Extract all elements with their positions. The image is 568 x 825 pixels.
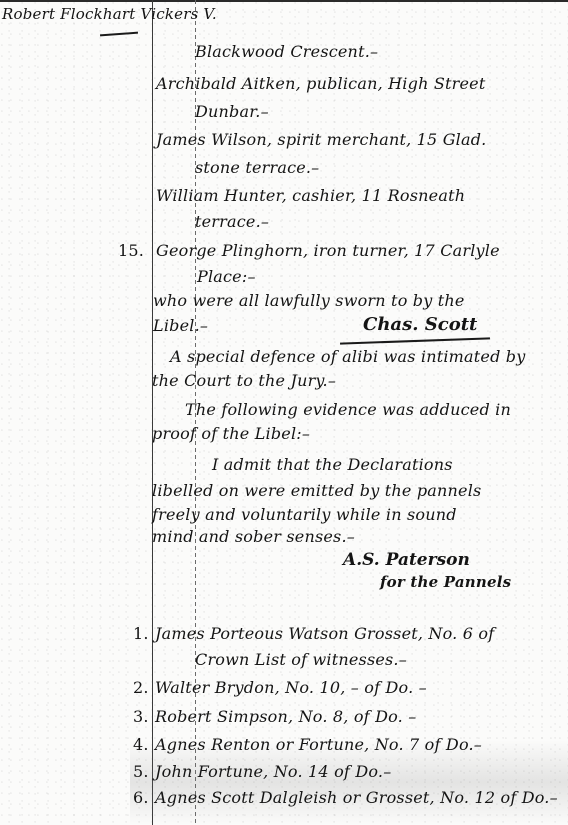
- witness-entry: John Fortune, No. 14 of Do.–: [155, 762, 391, 782]
- text-line: James Wilson, spirit merchant, 15 Glad.: [156, 130, 486, 150]
- witness-number: 2.: [133, 678, 149, 698]
- header-flourish: [100, 32, 138, 37]
- witness-number: 4.: [133, 735, 149, 755]
- text-line: George Plinghorn, iron turner, 17 Carlyl…: [156, 241, 500, 261]
- text-line: freely and voluntarily while in sound: [152, 505, 457, 525]
- witness-number: 1.: [133, 624, 149, 644]
- counsel-signature: A.S. Paterson: [343, 550, 470, 570]
- witness-number: 5.: [133, 762, 149, 782]
- witness-entry-cont: Crown List of witnesses.–: [195, 650, 407, 670]
- text-line: A special defence of alibi was intimated…: [170, 347, 525, 367]
- witness-entry: Robert Simpson, No. 8, of Do. –: [155, 707, 416, 727]
- text-line: stone terrace.–: [195, 158, 319, 178]
- text-line: Place:–: [197, 267, 256, 287]
- text-line: Dunbar.–: [195, 102, 269, 122]
- text-line: Blackwood Crescent.–: [195, 42, 378, 62]
- witness-entry: Walter Brydon, No. 10, – of Do. –: [155, 678, 427, 698]
- text-line: mind and sober senses.–: [152, 527, 355, 547]
- text-line: Archibald Aitken, publican, High Street: [156, 74, 485, 94]
- text-line: the Court to the Jury.–: [152, 371, 336, 391]
- witness-number: 3.: [133, 707, 149, 727]
- judge-signature: Chas. Scott: [363, 314, 477, 335]
- top-border-rule: [0, 0, 568, 2]
- text-line: who were all lawfully sworn to by the: [153, 291, 465, 311]
- text-line: William Hunter, cashier, 11 Rosneath: [156, 186, 465, 206]
- text-line: proof of the Libel:–: [152, 424, 310, 444]
- witness-number: 6.: [133, 788, 149, 808]
- document-page: Robert Flockhart Vickers V. Blackwood Cr…: [0, 0, 568, 825]
- witness-entry: Agnes Renton or Fortune, No. 7 of Do.–: [155, 735, 482, 755]
- text-line: libelled on were emitted by the pannels: [152, 481, 481, 501]
- margin-line: [152, 0, 153, 825]
- case-header: Robert Flockhart Vickers V.: [2, 4, 217, 24]
- text-line: terrace.–: [195, 212, 269, 232]
- witness-entry: Agnes Scott Dalgleish or Grosset, No. 12…: [155, 788, 558, 808]
- counsel-role: for the Pannels: [380, 572, 511, 592]
- text-line: The following evidence was adduced in: [185, 400, 511, 420]
- margin-number: 15.: [118, 241, 144, 261]
- signature-underline: [340, 337, 490, 344]
- text-line: Libel.–: [153, 316, 208, 336]
- text-line: I admit that the Declarations: [212, 455, 453, 475]
- witness-entry: James Porteous Watson Grosset, No. 6 of: [155, 624, 494, 644]
